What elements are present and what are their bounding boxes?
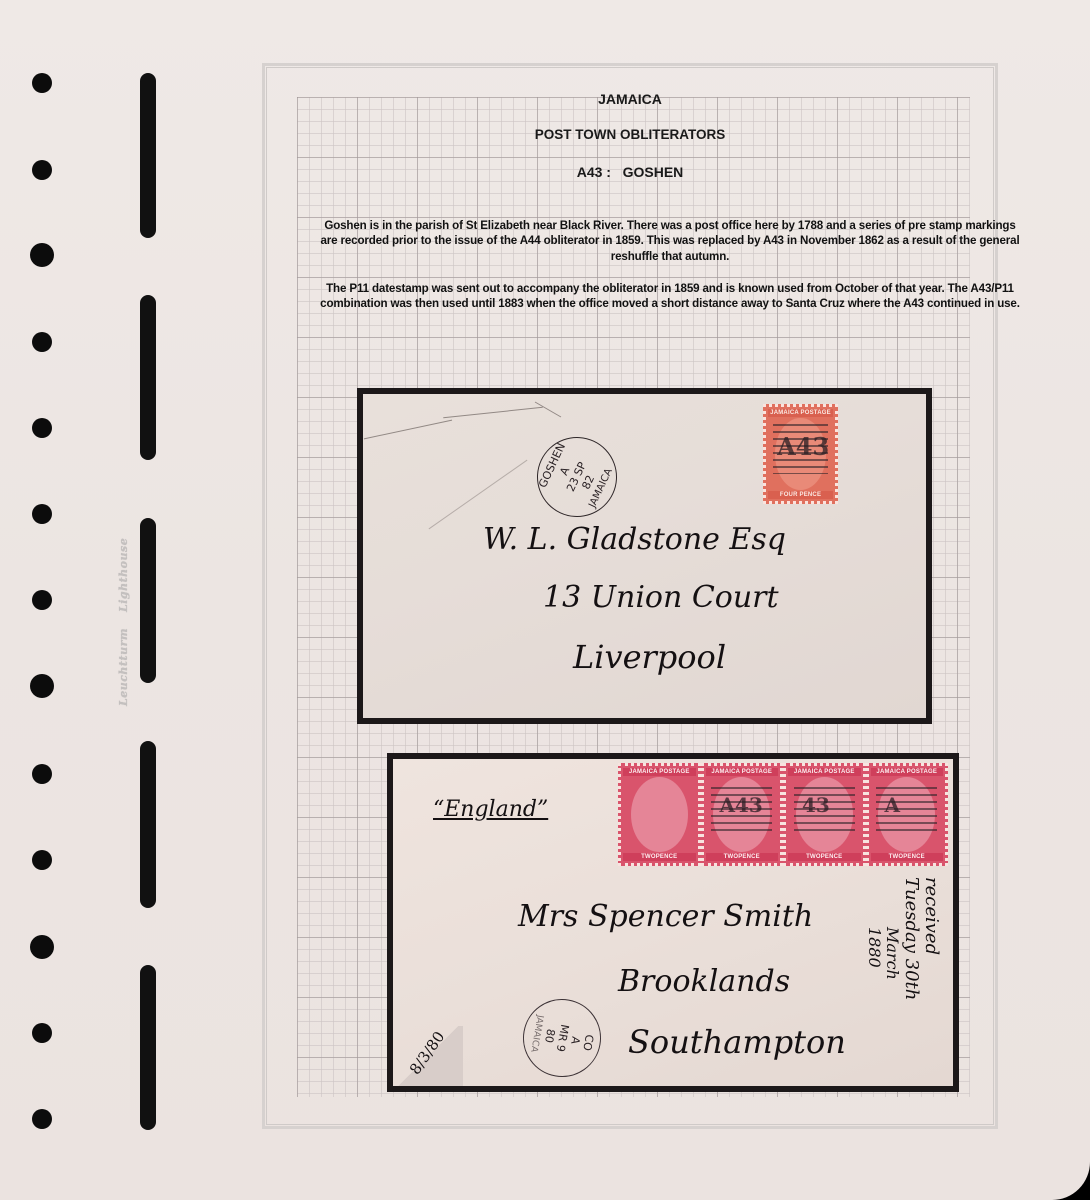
page-subtitle: POST TOWN OBLITERATORS [262, 127, 998, 142]
stamp-value: TWOPENCE [788, 853, 861, 861]
stamp-inscription: JAMAICA POSTAGE [706, 768, 779, 776]
circular-datestamp: GOSHEN A 23 SP 82 JAMAICA [524, 424, 630, 530]
envelope-crease [535, 402, 561, 418]
obliterator-cancel: A43 [777, 432, 829, 461]
address-line: Liverpool [573, 638, 726, 676]
stamp-value: TWOPENCE [706, 853, 779, 861]
stamp-portrait: A43 [775, 418, 826, 490]
envelope-crease [429, 460, 528, 530]
description-paragraph: The P11 datestamp was sent out to accomp… [320, 281, 1020, 312]
address-line: Brooklands [618, 964, 790, 999]
stamp-two-pence: JAMAICA POSTAGEATWOPENCE [866, 763, 949, 866]
stamp-strip-of-four: JAMAICA POSTAGETWOPENCEJAMAICA POSTAGEA4… [618, 763, 948, 866]
album-page: Leuchtturm Lighthouse JAMAICA POST TOWN … [0, 0, 1090, 1200]
binder-hole [32, 160, 52, 180]
page-title: JAMAICA [262, 91, 998, 107]
binder-slot [140, 295, 156, 460]
address-line: Southampton [628, 1023, 846, 1061]
stamp-inscription: JAMAICA POSTAGE [768, 409, 833, 417]
cover-mount: JAMAICA POSTAGETWOPENCEJAMAICA POSTAGEA4… [387, 753, 959, 1092]
description-paragraph: Goshen is in the parish of St Elizabeth … [320, 218, 1020, 264]
stamp-two-pence: JAMAICA POSTAGETWOPENCE [618, 763, 701, 866]
received-note-line: Tuesday 30th [901, 877, 921, 1000]
binder-hole [32, 764, 52, 784]
received-note-line: 1880 [865, 927, 883, 1050]
brand-watermark: Lighthouse [117, 538, 130, 612]
binder-hole [32, 504, 52, 524]
destination-note: “England” [433, 797, 548, 822]
stamp-value: TWOPENCE [623, 853, 696, 861]
stamp-portrait: A43 [713, 777, 770, 852]
stamp-four-pence: JAMAICA POSTAGE A43 FOUR PENCE [763, 404, 838, 504]
binder-hole [32, 1023, 52, 1043]
stamp-portrait [631, 777, 688, 852]
cover-southampton: JAMAICA POSTAGETWOPENCEJAMAICA POSTAGEA4… [393, 759, 953, 1086]
binder-slot [140, 741, 156, 908]
binder-hole [32, 1109, 52, 1129]
received-note-line: March [883, 927, 901, 1050]
binder-hole [32, 332, 52, 352]
binder-slot [140, 518, 156, 683]
binder-hole [30, 674, 54, 698]
cover-goshen: JAMAICA POSTAGE A43 FOUR PENCE GOSHEN A … [363, 394, 926, 718]
stamp-value: TWOPENCE [871, 853, 944, 861]
binder-hole [32, 590, 52, 610]
circular-datestamp: CO A MR 9 80 JAMAICA [517, 993, 607, 1083]
obliterator-cancel: A [884, 793, 900, 817]
binder-hole [32, 418, 52, 438]
received-note: received Tuesday 30th March 1880 [865, 877, 941, 1000]
binder-hole [30, 935, 54, 959]
binder-hole [30, 243, 54, 267]
stamp-two-pence: JAMAICA POSTAGE43TWOPENCE [783, 763, 866, 866]
binder-slot [140, 965, 156, 1130]
stamp-portrait: 43 [796, 777, 853, 852]
address-line: Mrs Spencer Smith [518, 899, 813, 934]
address-line: W. L. Gladstone Esq [483, 522, 786, 557]
page-heading: A43 : GOSHEN [262, 164, 998, 180]
stamp-inscription: JAMAICA POSTAGE [871, 768, 944, 776]
stamp-portrait: A [878, 777, 935, 852]
binder-hole [32, 73, 52, 93]
stamp-two-pence: JAMAICA POSTAGEA43TWOPENCE [701, 763, 784, 866]
brand-watermark: Leuchtturm [117, 628, 130, 706]
received-note-line: received [921, 877, 941, 1000]
obliterator-cancel: A43 [719, 793, 762, 817]
stamp-inscription: JAMAICA POSTAGE [788, 768, 861, 776]
envelope-crease [364, 420, 452, 440]
stamp-value: FOUR PENCE [768, 491, 833, 499]
binder-hole [32, 850, 52, 870]
address-line: 13 Union Court [543, 580, 779, 615]
binder-slot [140, 73, 156, 238]
obliterator-cancel: 43 [802, 793, 830, 817]
cover-mount: JAMAICA POSTAGE A43 FOUR PENCE GOSHEN A … [357, 388, 932, 724]
stamp-inscription: JAMAICA POSTAGE [623, 768, 696, 776]
envelope-crease [443, 407, 543, 418]
